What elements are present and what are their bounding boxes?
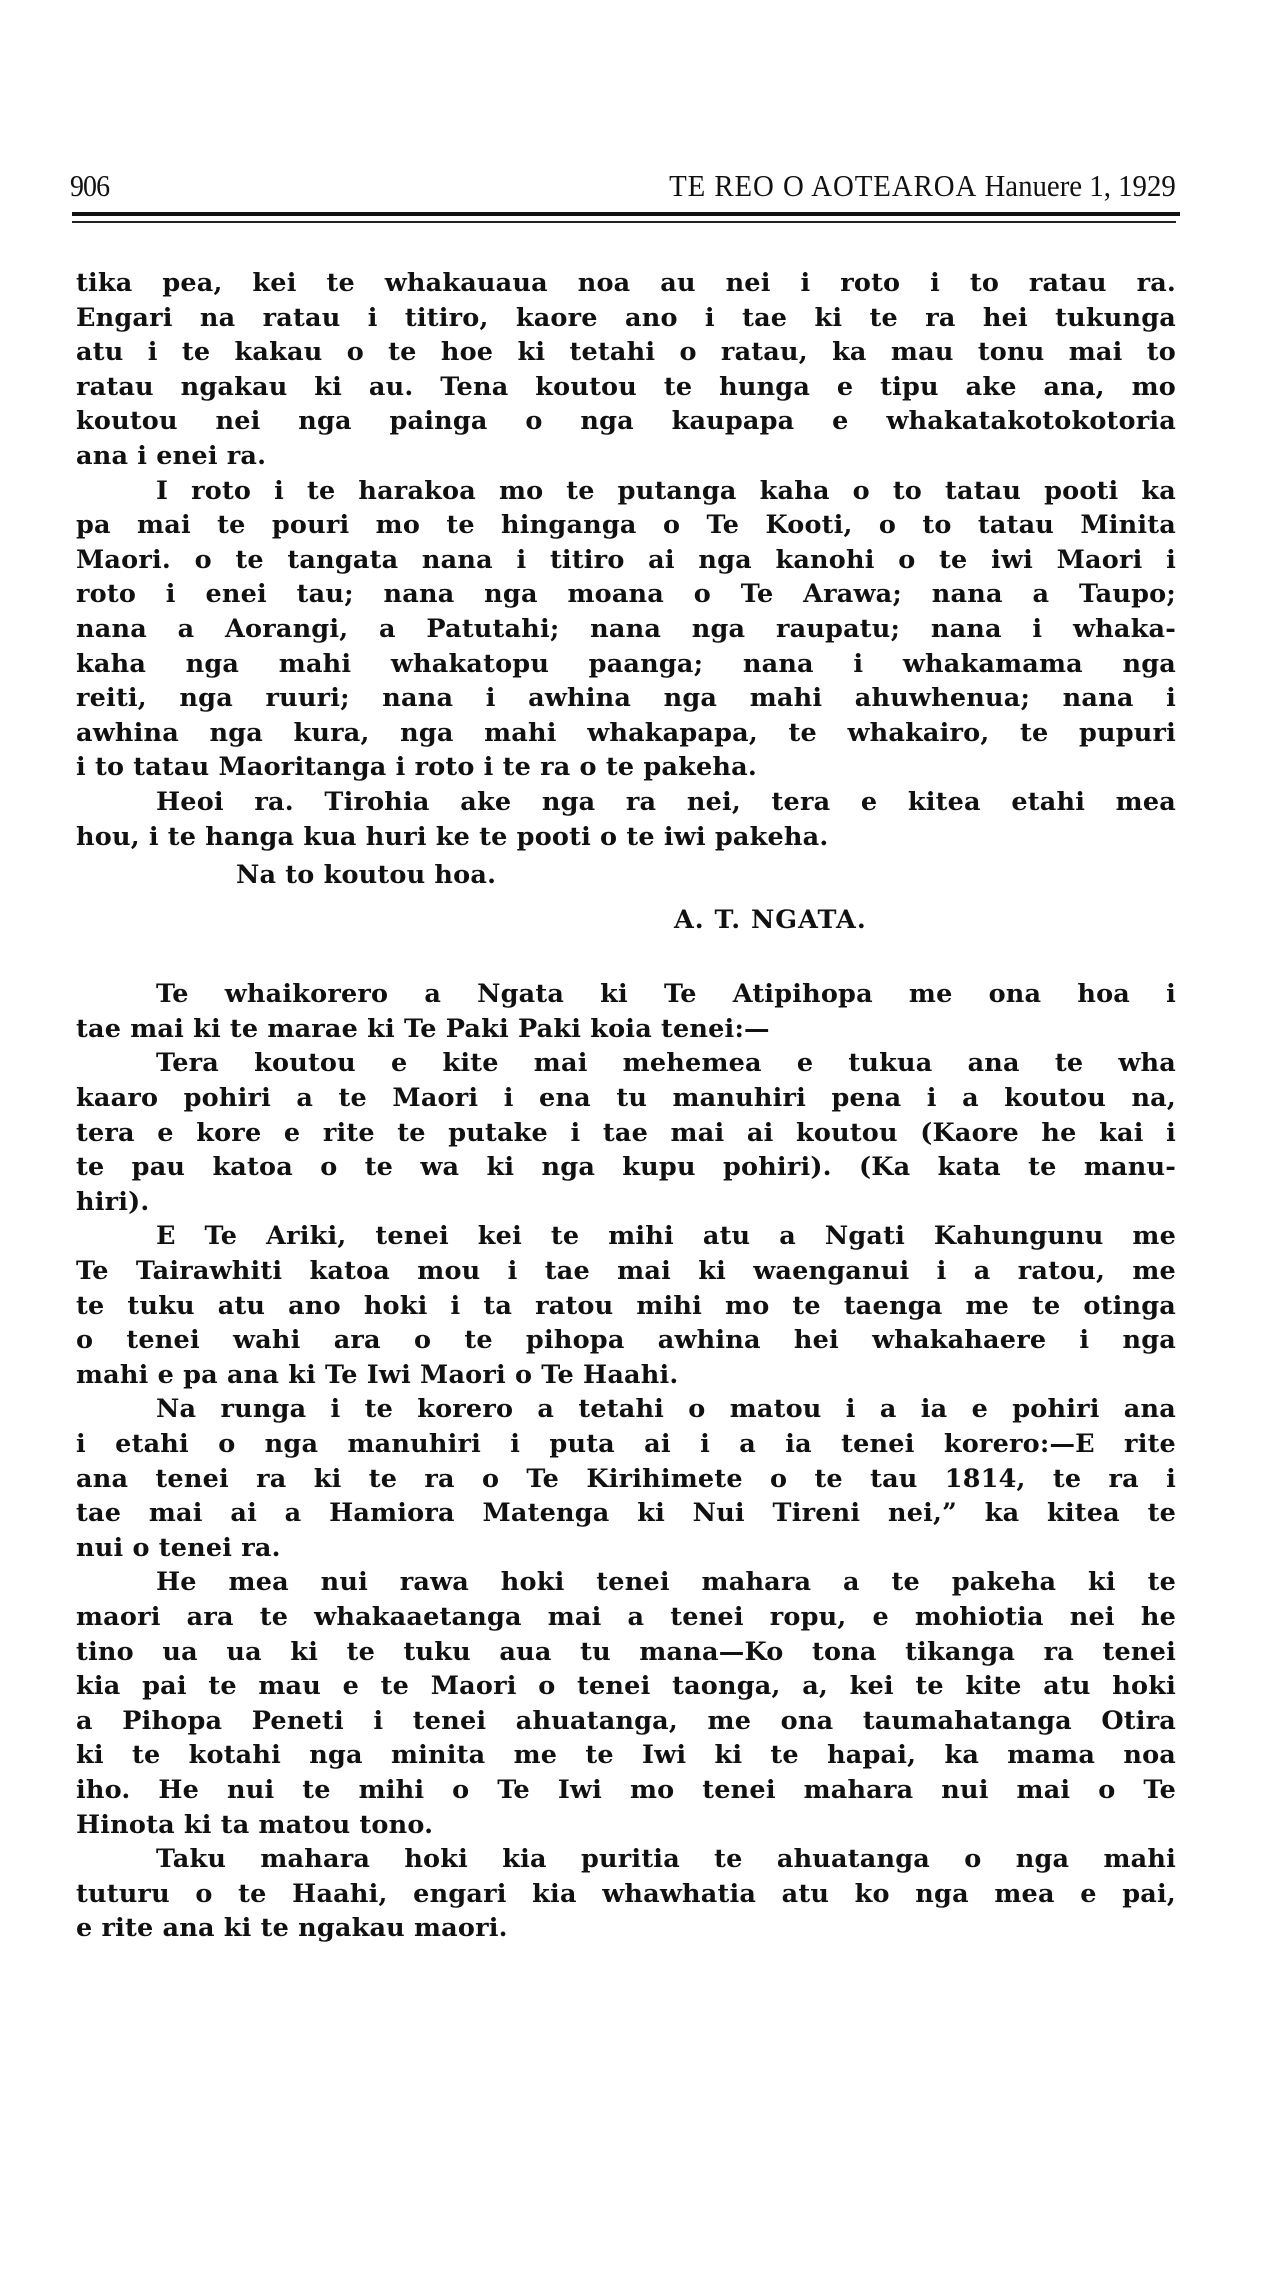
text-line: tae mai ki te marae ki Te Paki Paki koia… xyxy=(76,1012,1176,1047)
text-line: atu i te kakau o te hoe ki tetahi o rata… xyxy=(76,335,1176,370)
paragraph: He mea nui rawa hoki tenei mahara a te p… xyxy=(76,1565,1176,1842)
text-line: Maori. o te tangata nana i titiro ai nga… xyxy=(76,543,1176,578)
text-line: Te Tairawhiti katoa mou i tae mai ki wae… xyxy=(76,1254,1176,1289)
text-line: ratau ngakau ki au. Tena koutou te hunga… xyxy=(76,370,1176,405)
text-line: kia pai te mau e te Maori o tenei taonga… xyxy=(76,1669,1176,1704)
issue-date: Hanuere 1, 1929 xyxy=(985,168,1176,203)
paragraph: Tera koutou e kite mai mehemea e tukua a… xyxy=(76,1046,1176,1219)
text-line: Hinota ki ta matou tono. xyxy=(76,1808,1176,1843)
paragraph: tika pea, kei te whakauaua noa au nei i … xyxy=(76,266,1176,474)
text-line: i etahi o nga manuhiri i puta ai i a ia … xyxy=(76,1427,1176,1462)
text-line: tino ua ua ki te tuku aua tu mana—Ko ton… xyxy=(76,1635,1176,1670)
text-line: maori ara te whakaaetanga mai a tenei ro… xyxy=(76,1600,1176,1635)
paragraph: Taku mahara hoki kia puritia te ahuatang… xyxy=(76,1842,1176,1946)
text-line: Engari na ratau i titiro, kaore ano i ta… xyxy=(76,301,1176,336)
text-line: te tuku atu ano hoki i ta ratou mihi mo … xyxy=(76,1289,1176,1324)
text-line: I roto i te harakoa mo te putanga kaha o… xyxy=(76,474,1176,509)
text-line: hiri). xyxy=(76,1185,1176,1220)
text-line: nana a Aorangi, a Patutahi; nana nga rau… xyxy=(76,612,1176,647)
text-line: roto i enei tau; nana nga moana o Te Ara… xyxy=(76,577,1176,612)
text-line: ana i enei ra. xyxy=(76,439,1176,474)
text-line: mahi e pa ana ki Te Iwi Maori o Te Haahi… xyxy=(76,1358,1176,1393)
text-line: tika pea, kei te whakauaua noa au nei i … xyxy=(76,266,1176,301)
text-line: te pau katoa o te wa ki nga kupu pohiri)… xyxy=(76,1150,1176,1185)
text-line: awhina nga kura, nga mahi whakapapa, te … xyxy=(76,716,1176,751)
paragraph: E Te Ariki, tenei kei te mihi atu a Ngat… xyxy=(76,1219,1176,1392)
text-line: a Pihopa Peneti i tenei ahuatanga, me on… xyxy=(76,1704,1176,1739)
text-line: He mea nui rawa hoki tenei mahara a te p… xyxy=(76,1565,1176,1600)
page-number: 906 xyxy=(70,166,109,206)
author-signature: A. T. NGATA. xyxy=(76,903,1176,938)
text-line: kaaro pohiri a te Maori i ena tu manuhir… xyxy=(76,1081,1176,1116)
text-line: ki te kotahi nga minita me te Iwi ki te … xyxy=(76,1738,1176,1773)
body-text: tika pea, kei te whakauaua noa au nei i … xyxy=(76,266,1176,1946)
text-line: o tenei wahi ara o te pihopa awhina hei … xyxy=(76,1323,1176,1358)
text-line: ana tenei ra ki te ra o Te Kirihimete o … xyxy=(76,1462,1176,1497)
paragraph: Heoi ra. Tirohia ake nga ra nei, tera e … xyxy=(76,785,1176,854)
header-rule-thick xyxy=(72,212,1180,216)
text-line: pa mai te pouri mo te hinganga o Te Koot… xyxy=(76,508,1176,543)
text-line: Na runga i te korero a tetahi o matou i … xyxy=(76,1392,1176,1427)
running-header: 906 TE REO O AOTEAROA Hanuere 1, 1929 xyxy=(76,166,1180,206)
paragraph: I roto i te harakoa mo te putanga kaha o… xyxy=(76,474,1176,785)
text-line: E Te Ariki, tenei kei te mihi atu a Ngat… xyxy=(76,1219,1176,1254)
text-line: Tera koutou e kite mai mehemea e tukua a… xyxy=(76,1046,1176,1081)
header-rule-thin xyxy=(72,221,1176,223)
letter-signoff: Na to koutou hoa. xyxy=(76,858,1176,893)
text-line: Te whaikorero a Ngata ki Te Atipihopa me… xyxy=(76,977,1176,1012)
text-line: koutou nei nga painga o nga kaupapa e wh… xyxy=(76,404,1176,439)
text-line: reiti, nga ruuri; nana i awhina nga mahi… xyxy=(76,681,1176,716)
text-line: Taku mahara hoki kia puritia te ahuatang… xyxy=(76,1842,1176,1877)
text-line: tuturu o te Haahi, engari kia whawhatia … xyxy=(76,1877,1176,1912)
text-line: tae mai ai a Hamiora Matenga ki Nui Tire… xyxy=(76,1496,1176,1531)
journal-header: TE REO O AOTEAROA Hanuere 1, 1929 xyxy=(669,166,1176,206)
text-line: tera e kore e rite te putake i tae mai a… xyxy=(76,1116,1176,1151)
text-line: e rite ana ki te ngakau maori. xyxy=(76,1911,1176,1946)
text-line: iho. He nui te mihi o Te Iwi mo tenei ma… xyxy=(76,1773,1176,1808)
text-line: Heoi ra. Tirohia ake nga ra nei, tera e … xyxy=(76,785,1176,820)
text-line: i to tatau Maoritanga i roto i te ra o t… xyxy=(76,750,1176,785)
paragraph: Na runga i te korero a tetahi o matou i … xyxy=(76,1392,1176,1565)
text-line: hou, i te hanga kua huri ke te pooti o t… xyxy=(76,820,1176,855)
text-line: nui o tenei ra. xyxy=(76,1531,1176,1566)
text-line: kaha nga mahi whakatopu paanga; nana i w… xyxy=(76,647,1176,682)
journal-title: TE REO O AOTEAROA xyxy=(669,168,977,203)
paragraph: Te whaikorero a Ngata ki Te Atipihopa me… xyxy=(76,977,1176,1046)
